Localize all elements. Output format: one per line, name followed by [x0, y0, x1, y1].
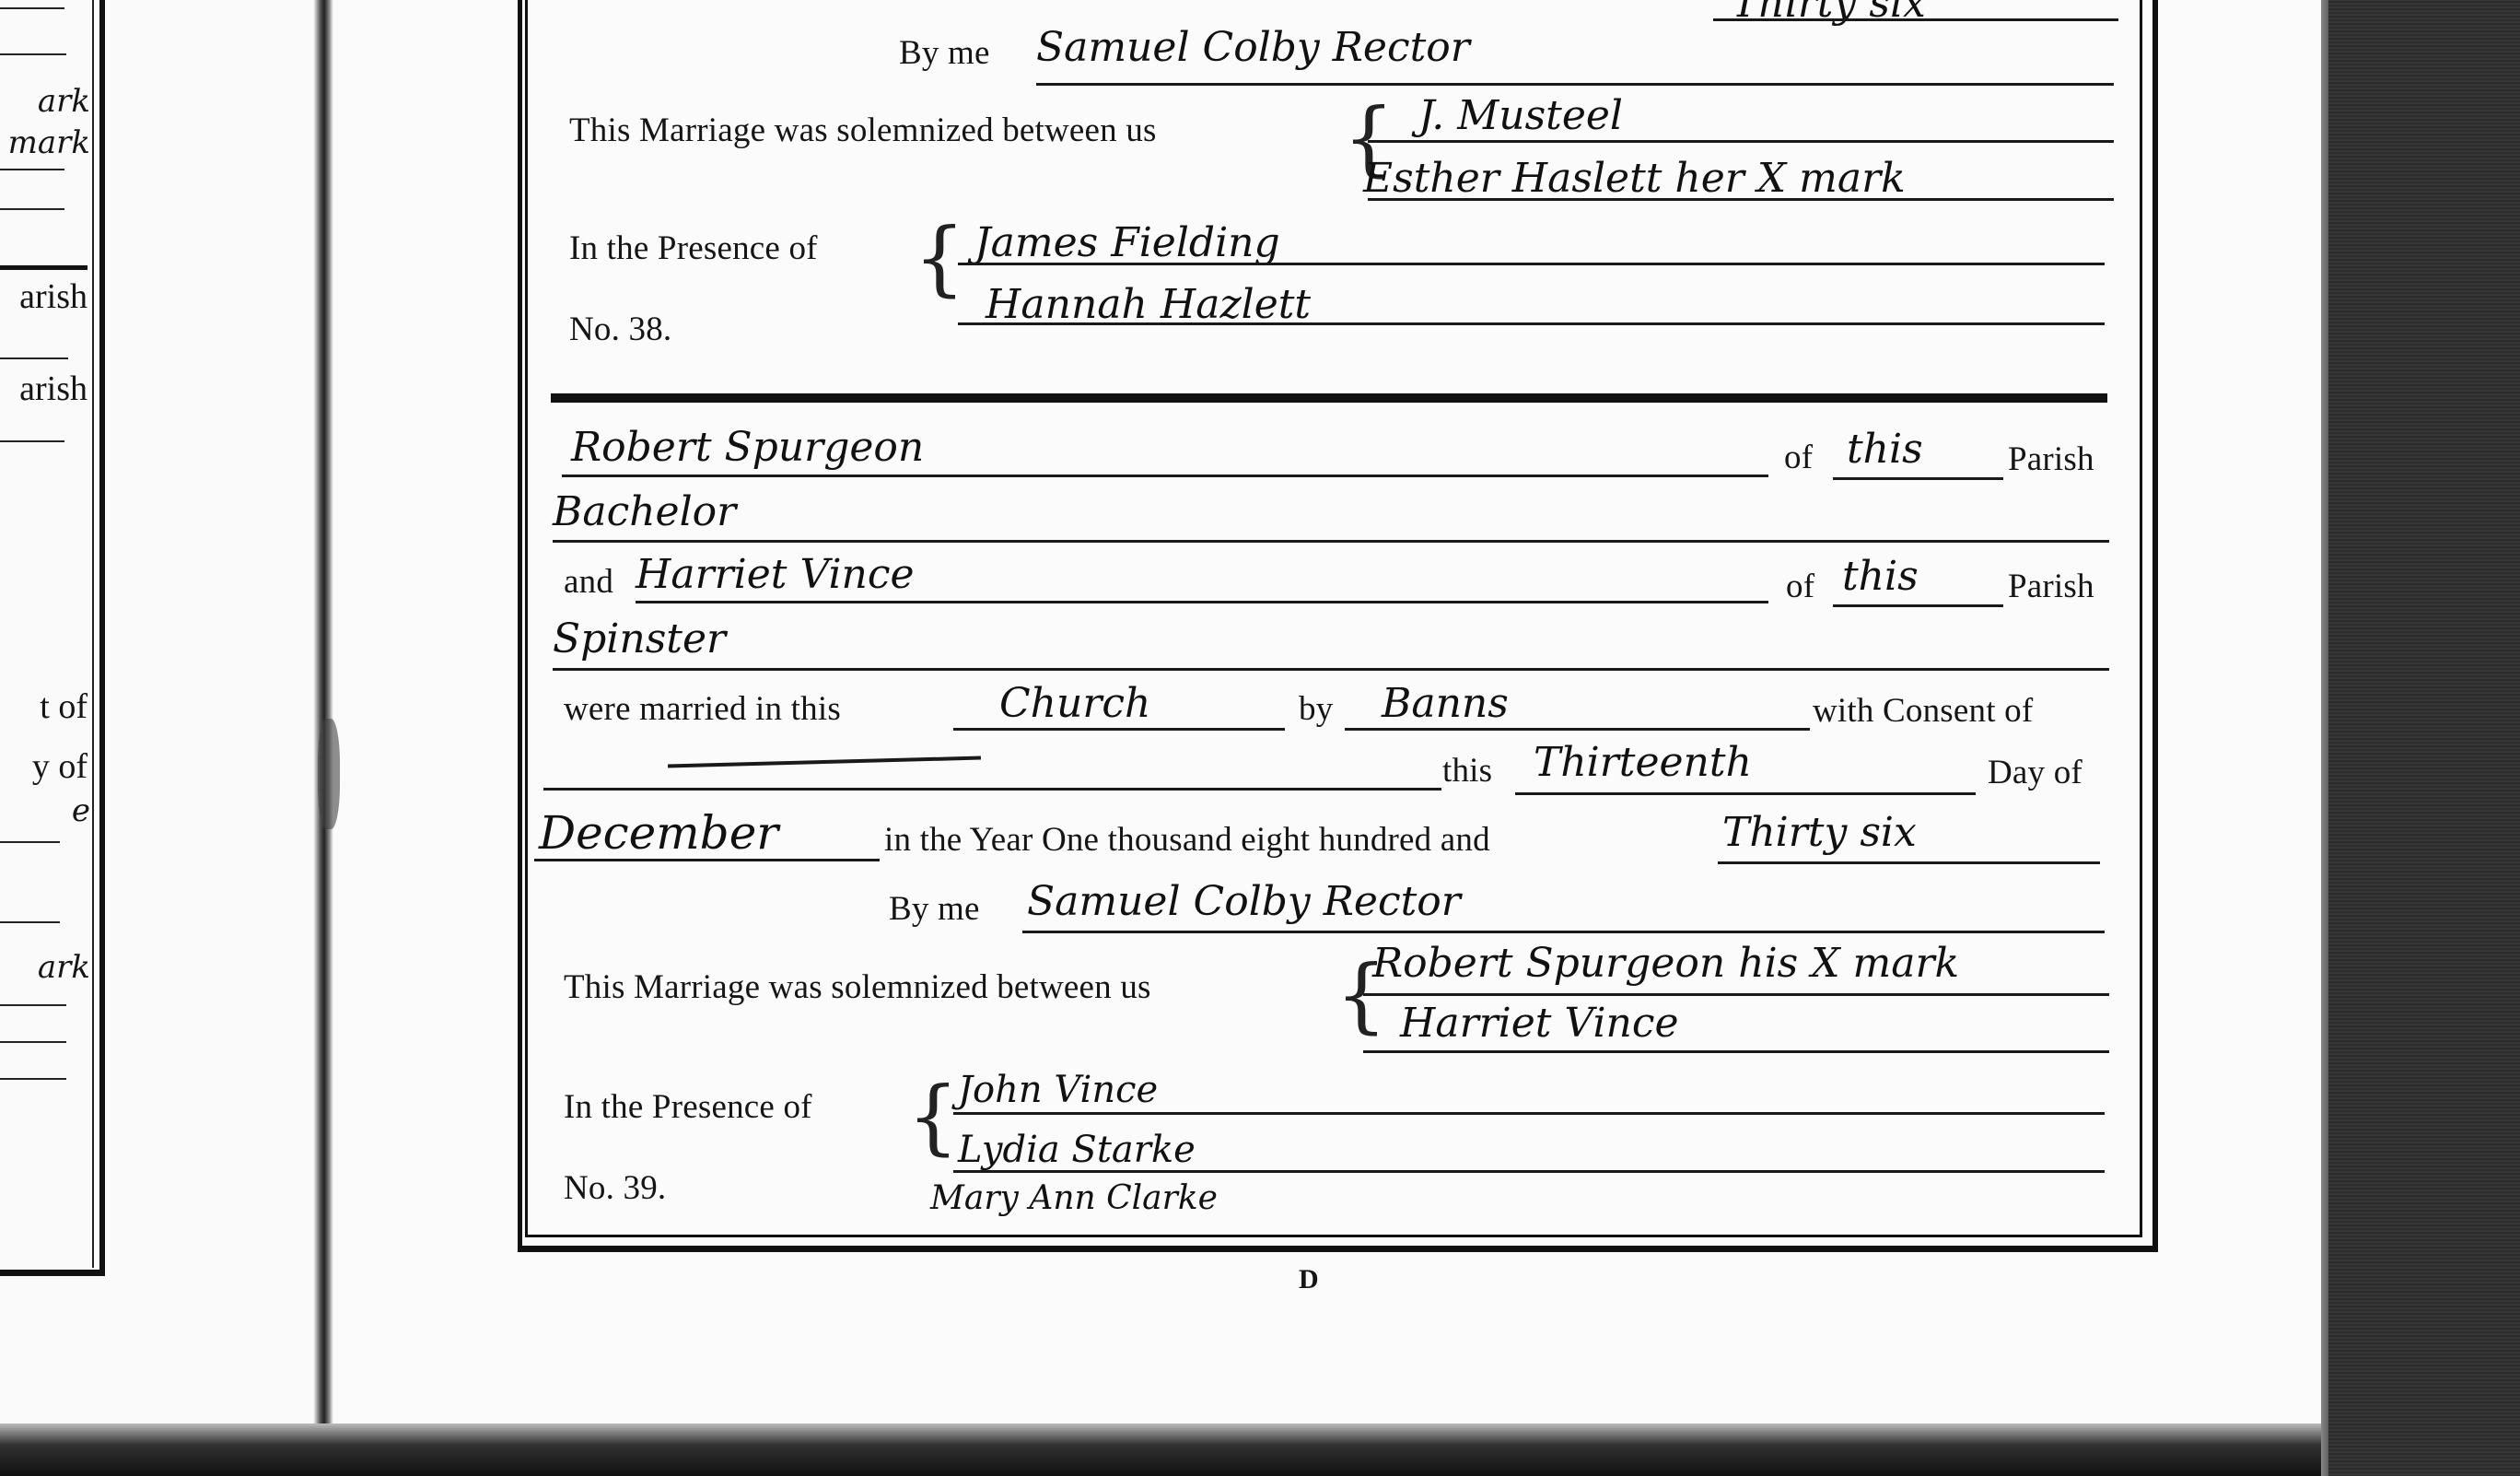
book-gutter-binding-thread	[318, 719, 340, 829]
parish-label: Parish	[2008, 567, 2094, 606]
by-label: by	[1299, 689, 1333, 729]
witness-1: John Vince	[958, 1069, 1158, 1111]
form-line	[0, 357, 68, 359]
form-line	[1515, 792, 1976, 795]
of-label: of	[1784, 438, 1813, 477]
entry-38-officiant-label: By me	[899, 33, 990, 73]
form-line	[543, 788, 1441, 791]
left-page-fragment: ark mark arish arish t of y of e ark	[0, 0, 318, 1476]
bride-parish: this	[1842, 553, 1919, 600]
form-line	[0, 53, 66, 55]
form-line	[953, 1112, 2105, 1115]
day-value: Thirteenth	[1534, 739, 1752, 786]
venue: Church	[999, 680, 1150, 727]
form-line	[0, 169, 64, 170]
bride-name: Harriet Vince	[636, 551, 915, 598]
form-line	[534, 859, 880, 861]
form-line	[562, 474, 1768, 477]
form-line	[0, 440, 64, 442]
day-of-label: Day of	[1988, 753, 2082, 792]
form-line	[958, 263, 2105, 265]
form-line	[0, 841, 60, 843]
of-label: of	[1786, 567, 1814, 606]
form-line	[953, 1170, 2105, 1173]
entry-38-witness-2: Hannah Hazlett	[986, 281, 1311, 328]
form-line	[0, 1041, 66, 1043]
entry-number: No. 39.	[564, 1168, 666, 1208]
page-signature-mark: D	[1299, 1264, 1319, 1295]
left-handwritten-fragment: ark	[0, 83, 90, 120]
witness-3: Mary Ann Clarke	[930, 1179, 1218, 1217]
married-in-label: were married in this	[564, 689, 841, 729]
form-line	[1345, 728, 1810, 731]
form-line	[1713, 18, 2118, 21]
form-line	[0, 7, 64, 9]
left-handwritten-fragment: mark	[0, 124, 90, 161]
form-line	[0, 1004, 66, 1006]
left-text-fragment: t of	[0, 686, 87, 727]
left-page-border	[99, 0, 105, 1276]
form-line	[1022, 931, 2105, 933]
form-line	[1718, 861, 2100, 864]
entry-38-party-1: J. Musteel	[1418, 92, 1623, 139]
entry-38-party-2: Esther Haslett her X mark	[1363, 155, 1906, 202]
form-line	[636, 601, 1768, 603]
left-page-border	[0, 1270, 105, 1276]
left-text-fragment: y of	[0, 746, 87, 787]
form-line	[1363, 1050, 2109, 1053]
book-binding-cover	[2328, 0, 2520, 1476]
form-line	[1833, 604, 2003, 607]
form-line	[0, 208, 64, 210]
solemnized-label: This Marriage was solemnized between us	[564, 967, 1151, 1007]
entry-38-presence-label: In the Presence of	[569, 228, 818, 268]
presence-label: In the Presence of	[564, 1087, 812, 1127]
form-line	[553, 540, 2109, 543]
form-line	[953, 728, 1285, 731]
left-text-fragment: arish	[0, 369, 87, 409]
brace: {	[914, 217, 965, 299]
entry-38-year-value: Thirty six	[1732, 0, 1926, 27]
form-line	[958, 322, 2105, 325]
form-line	[1833, 477, 2003, 480]
bride-status: Spinster	[553, 615, 726, 662]
year-value: Thirty six	[1722, 809, 1917, 856]
form-line	[553, 668, 2109, 671]
form-line	[0, 921, 60, 923]
groom-name: Robert Spurgeon	[571, 424, 924, 471]
form-line	[1363, 993, 2109, 996]
parish-label: Parish	[2008, 439, 2094, 479]
left-handwritten-fragment: e	[0, 792, 90, 829]
entry-separator-rule	[551, 393, 2107, 403]
entry-38-officiant: Samuel Colby Rector	[1036, 24, 1470, 71]
method: Banns	[1382, 680, 1509, 727]
left-page-border	[92, 0, 94, 1268]
officiant-label: By me	[889, 889, 980, 929]
form-line	[1368, 140, 2114, 143]
party-2-signature: Harriet Vince	[1400, 1000, 1679, 1047]
consent-label: with Consent of	[1813, 691, 2033, 731]
page-bottom-edge	[0, 1423, 2358, 1476]
officiant-name: Samuel Colby Rector	[1027, 878, 1461, 925]
left-handwritten-fragment: ark	[0, 949, 90, 986]
month-value: December	[539, 806, 778, 860]
entry-38-number: No. 38.	[569, 310, 671, 349]
entry-38-solemnized-label: This Marriage was solemnized between us	[569, 111, 1157, 150]
left-separator	[0, 265, 87, 270]
and-label: and	[564, 562, 613, 602]
form-line	[0, 1078, 66, 1080]
party-1-signature: Robert Spurgeon his X mark	[1372, 940, 1959, 987]
form-line	[1368, 198, 2114, 201]
groom-status: Bachelor	[553, 488, 736, 535]
groom-parish: this	[1847, 426, 1923, 473]
form-line	[1036, 83, 2114, 86]
year-label: in the Year One thousand eight hundred a…	[884, 820, 1490, 860]
brace: {	[907, 1076, 959, 1157]
this-label: this	[1442, 751, 1492, 791]
entry-38-witness-1: James Fielding	[974, 219, 1280, 266]
left-text-fragment: arish	[0, 276, 87, 317]
witness-2: Lydia Starke	[958, 1129, 1196, 1171]
